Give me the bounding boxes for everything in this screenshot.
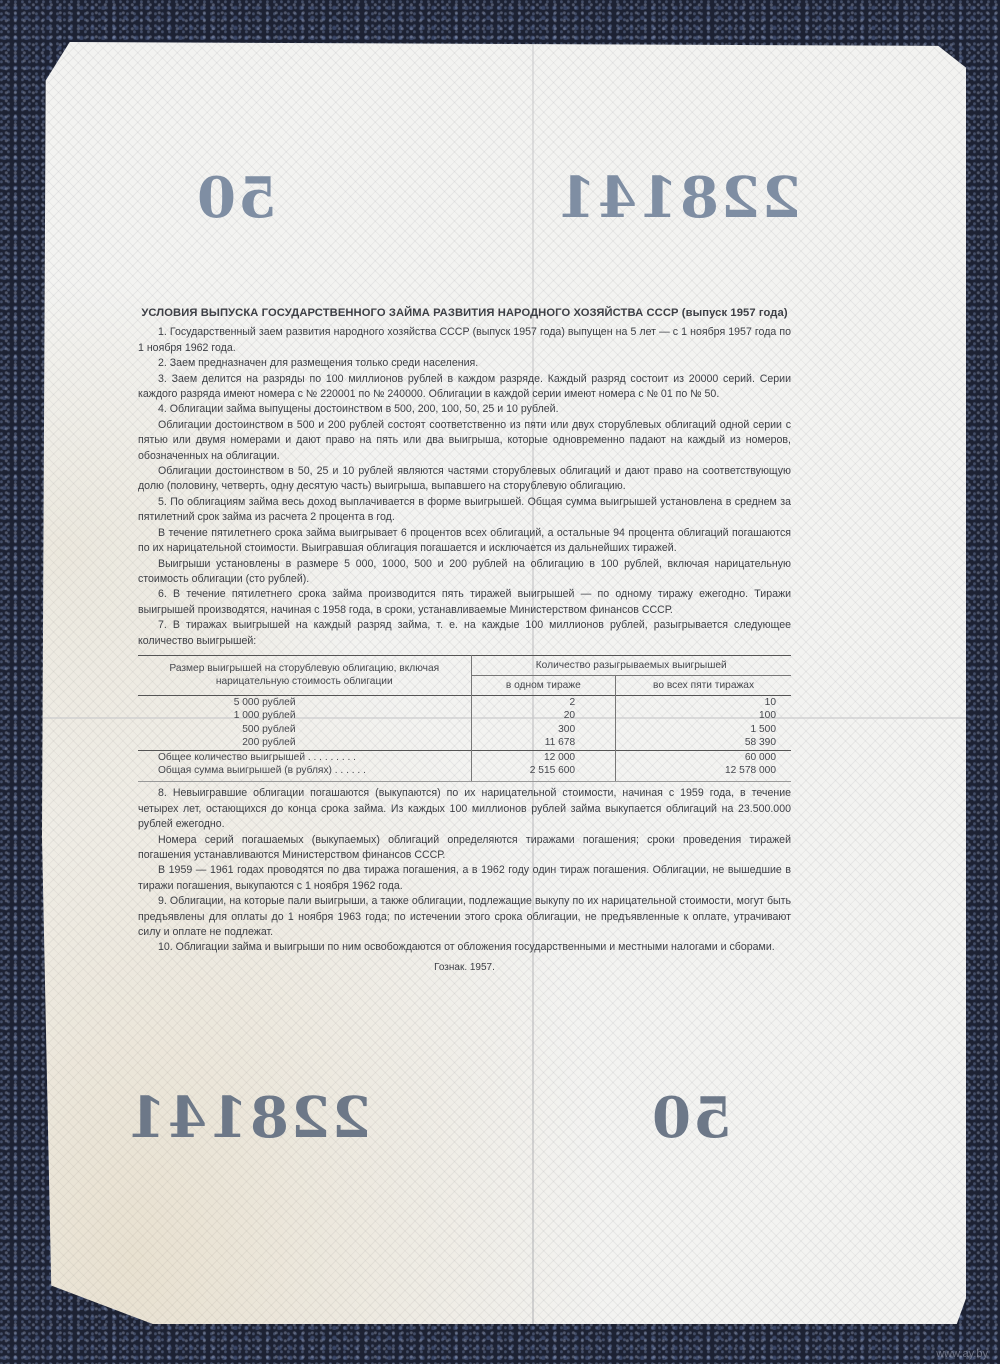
terms-paragraph: 5. По облигациям займа весь доход выплач… bbox=[138, 495, 791, 526]
terms-paragraph: 6. В течение пятилетнего срока займа про… bbox=[138, 587, 791, 618]
table-row: 5 000 рублей210 bbox=[138, 695, 791, 709]
terms-paragraph: 1. Государственный заем развития народно… bbox=[138, 325, 791, 356]
terms-paragraph: В 1959 — 1961 годах проводятся по два ти… bbox=[138, 863, 791, 894]
denomination-top-left: 50 bbox=[195, 165, 277, 231]
terms-paragraph: Облигации достоинством в 50, 25 и 10 руб… bbox=[138, 464, 791, 495]
terms-paragraph: В течение пятилетнего срока займа выигры… bbox=[138, 526, 791, 557]
serial-bottom-left: 228141 bbox=[125, 1085, 371, 1151]
terms-paragraph: Номера серий погашаемых (выкупаемых) обл… bbox=[138, 833, 791, 864]
terms-paragraph: 2. Заем предназначен для размещения толь… bbox=[138, 356, 791, 371]
table-row: 1 000 рублей20100 bbox=[138, 709, 791, 722]
prize-table: Размер выигрышей на сторублевую облигаци… bbox=[138, 655, 791, 782]
terms-paragraphs-before: 1. Государственный заем развития народно… bbox=[138, 325, 791, 649]
table-row: 500 рублей3001 500 bbox=[138, 723, 791, 736]
col-one-draw-header: в одном тираже bbox=[471, 675, 616, 695]
terms-paragraph: 10. Облигации займа и выигрыши по ним ос… bbox=[138, 940, 791, 955]
watermark: www.ay.by bbox=[936, 1348, 988, 1360]
terms-title: УСЛОВИЯ ВЫПУСКА ГОСУДАРСТВЕННОГО ЗАЙМА Р… bbox=[138, 306, 791, 321]
terms-paragraph: 8. Невыигравшие облигации погашаются (вы… bbox=[138, 786, 791, 832]
imprint: Гознак. 1957. bbox=[138, 960, 791, 975]
terms-paragraph: 7. В тиражах выигрышей на каждый разряд … bbox=[138, 618, 791, 649]
terms-paragraph: Выигрыши установлены в размере 5 000, 10… bbox=[138, 557, 791, 588]
table-total-row: Общая сумма выигрышей (в рублях) . . . .… bbox=[138, 764, 791, 782]
denomination-bottom-right: 50 bbox=[650, 1085, 732, 1151]
terms-paragraph: 4. Облигации займа выпущены достоинством… bbox=[138, 402, 791, 417]
terms-paragraph: 9. Облигации, на которые пали выигрыши, … bbox=[138, 894, 791, 940]
terms-paragraph: 3. Заем делится на разряды по 100 миллио… bbox=[138, 372, 791, 403]
terms-paragraphs-after: 8. Невыигравшие облигации погашаются (вы… bbox=[138, 786, 791, 955]
col-five-draws-header: во всех пяти тиражах bbox=[616, 675, 791, 695]
group-header: Количество разыгрываемых выигрышей bbox=[471, 655, 791, 675]
terms-block: УСЛОВИЯ ВЫПУСКА ГОСУДАРСТВЕННОГО ЗАЙМА Р… bbox=[138, 306, 791, 975]
terms-paragraph: Облигации достоинством в 500 и 200 рубле… bbox=[138, 418, 791, 464]
col-prize-header: Размер выигрышей на сторублевую облигаци… bbox=[138, 655, 471, 695]
table-row: 200 рублей11 67858 390 bbox=[138, 736, 791, 750]
serial-top-right: 228141 bbox=[555, 165, 801, 231]
table-total-row: Общее количество выигрышей . . . . . . .… bbox=[138, 750, 791, 764]
